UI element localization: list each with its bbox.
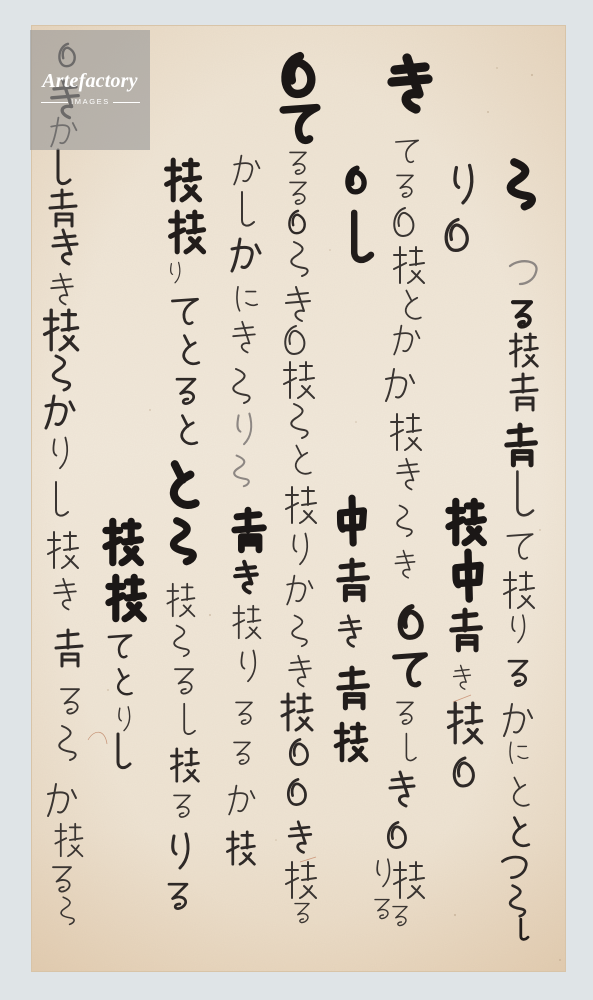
manuscript-column: そうくる時消息して侍りける所にてとつかはし [500,155,540,940]
poet-name: 中納言国信 [333,495,377,765]
manuscript-column: 肥後かもとへとるとひく侍りけるにける [163,160,207,915]
manuscript-column: なしかにこそあれまさ侍りけるに給 [225,150,265,870]
watermark-subtitle-row: IMAGES [41,97,140,107]
watermark-brand: Artefactory [30,70,150,93]
manuscript-column: ひく [372,860,394,925]
manuscript-column: よそにしむすき麻のわりなき思そくるしかりける [45,30,85,920]
manuscript-column: あやめなきにひけるかなくとも澱のにかくれぬ袖の心を迷 [278,50,322,925]
watermark-subtitle: IMAGES [71,97,110,107]
manuscript-column: きみそその路をかれにけむあやめもしらぬ澱のまこも [388,50,432,925]
manuscript-column: ぬし [337,160,377,265]
watermark-rule-left [41,102,68,103]
watermark-rule-right [113,102,140,103]
watermark: Artefactory IMAGES [30,30,150,150]
image-stage: そうくる時消息して侍りける所にてとつかはし けれ 権中納言俊忠 きみそその路をか… [0,0,593,1000]
poet-name: 権中納言俊忠 [443,495,487,795]
manuscript-column: けれ [445,160,481,260]
poet-name: 藤原もとゝし [103,515,147,770]
